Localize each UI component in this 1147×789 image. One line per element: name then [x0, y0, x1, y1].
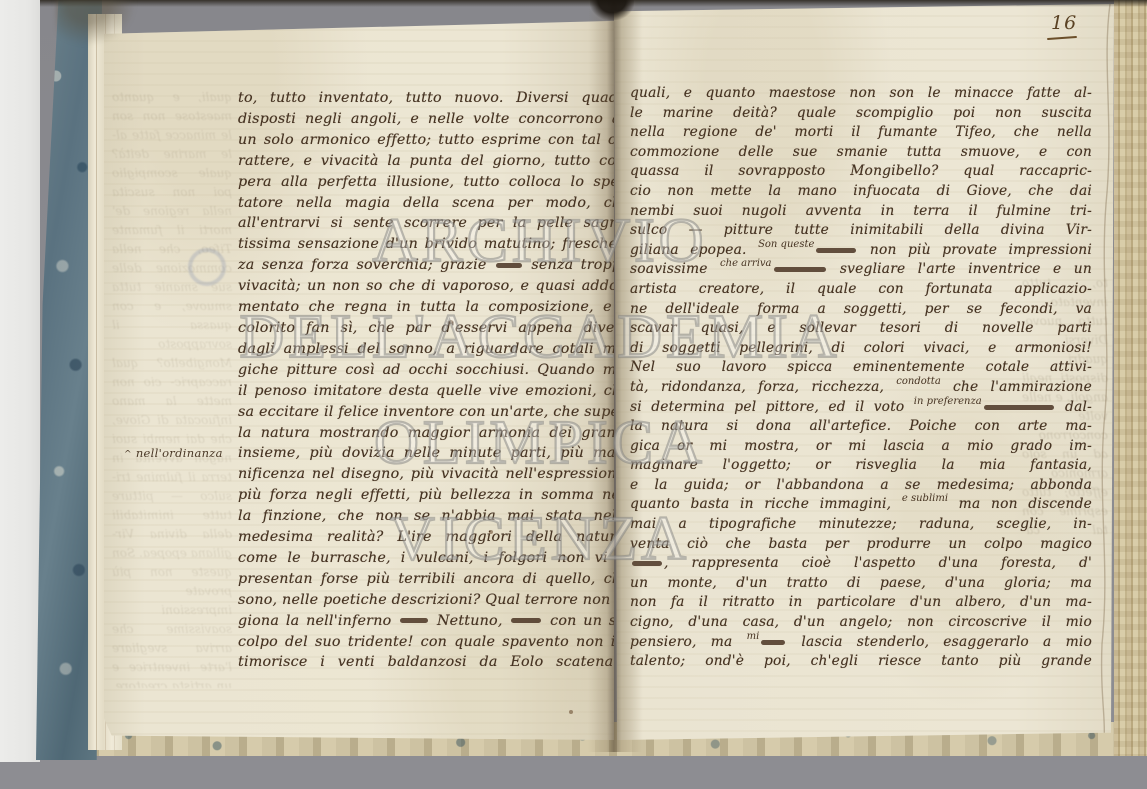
line-text: lascia stenderlo, esaggerarlo a mio: [787, 634, 1092, 650]
line-text: non fa il ritratto in particolare d'un a…: [630, 594, 1092, 610]
line-text: pensiero, ma: [630, 634, 747, 650]
line-text: venta ciò che basta per produrre un colp…: [630, 536, 1092, 552]
line-text: colpo del suo tridente! con quale spaven…: [238, 634, 630, 650]
line-text: che l'ammirazione: [941, 379, 1092, 395]
manuscript-line: presentan forse più terribili ancora di …: [238, 569, 630, 590]
manuscript-line: venta ciò che basta per produrre un colp…: [630, 535, 1092, 555]
ink-strikeout: [774, 267, 826, 272]
margin-note: ^nell'ordinanza: [124, 446, 223, 460]
manuscript-line: dagli amplessi del sonno, a riguardare c…: [238, 339, 630, 360]
manuscript-line: tatore nella magia della scena per modo,…: [238, 193, 630, 214]
line-text: tissima sensazione d'un brivido matutino…: [238, 236, 630, 252]
manuscript-line: nificenza nel disegno, più vivacità nell…: [238, 464, 630, 485]
manuscript-scan: quali, e quanto maestose non son le mina…: [0, 0, 1147, 789]
line-text: la finzione, che non se n'abbia mai stat…: [238, 508, 630, 524]
line-text: nificenza nel disegno, più vivacità nell…: [238, 466, 630, 482]
manuscript-line: artista creatore, il quale con fortunata…: [630, 280, 1092, 300]
manuscript-line: si determina pel pittore, ed il voto in …: [630, 398, 1092, 418]
show-through-text-left: quali, e quanto maestose non son le mina…: [112, 88, 232, 688]
line-text: Nel suo lavoro spicca eminentemente cota…: [630, 359, 1092, 375]
line-text: pera alla perfetta illusione, tutto coll…: [238, 174, 630, 190]
line-text: tà, ridondanza, forza, ricchezza,: [630, 379, 896, 395]
left-page-text: to, tutto inventato, tutto nuovo. Divers…: [238, 88, 630, 673]
manuscript-line: di soggetti pellegrini, di colori vivaci…: [630, 339, 1092, 359]
line-text: all'entrarvi si sente scorrere per la pe…: [238, 215, 630, 231]
left-page: quali, e quanto maestose non son le mina…: [104, 18, 614, 740]
line-text: quali, e quanto maestose non son le mina…: [630, 85, 1092, 101]
folio-page-number: 16: [1051, 12, 1077, 34]
ink-strikeout: [984, 405, 1054, 410]
line-text: come le burrasche, i vulcani, i folgori …: [238, 550, 630, 566]
page-number-underline: [1047, 36, 1077, 40]
line-text: timorisce i venti baldanzosi da Eolo sca…: [238, 654, 630, 670]
line-text: nella regione de' morti il fumante Tifeo…: [630, 124, 1092, 140]
line-text: il penoso imitatore desta quelle vive em…: [238, 383, 630, 399]
manuscript-line: timorisce i venti baldanzosi da Eolo sca…: [238, 652, 630, 673]
manuscript-line: mai a tipografiche minutezze; raduna, sc…: [630, 515, 1092, 535]
manuscript-line: cio non mette la mano infuocata di Giove…: [630, 182, 1092, 202]
manuscript-line: commozione delle sue smanie tutta smuove…: [630, 143, 1092, 163]
line-text: artista creatore, il quale con fortunata…: [630, 281, 1092, 297]
manuscript-line: soavissime che arriva svegliare l'arte i…: [630, 260, 1092, 280]
line-text: mai a tipografiche minutezze; raduna, sc…: [630, 516, 1092, 532]
fox-spots: [449, 320, 453, 324]
line-text: medesima realità? L'ire maggiori della n…: [238, 529, 630, 545]
line-text: quassa il sovrapposto Mongibello? qual r…: [630, 163, 1092, 179]
manuscript-line: sa eccitare il felice inventore con un'a…: [238, 402, 630, 423]
line-text: ne dell'ideale forma a soggetti, per se …: [630, 301, 1092, 317]
line-text: giche pitture così ad occhi socchiusi. Q…: [238, 362, 630, 378]
manuscript-line: maginare l'oggetto; or risveglia la mia …: [630, 456, 1092, 476]
line-text: to, tutto inventato, tutto nuovo. Divers…: [238, 90, 630, 106]
line-text: mentato che regna in tutta la composizio…: [238, 299, 630, 315]
gutter-head-notch: [590, 0, 634, 20]
manuscript-line: la natura si dona all'artefice. Poiche c…: [630, 417, 1092, 437]
cover-corner-smudge: [56, 0, 136, 46]
line-text: vivacità; un non so che di vaporoso, e q…: [238, 278, 630, 294]
line-text: commozione delle sue smanie tutta smuove…: [630, 144, 1092, 160]
manuscript-line: la finzione, che non se n'abbia mai stat…: [238, 506, 630, 527]
line-text: colorito fan sì, che par d'esservi appen…: [238, 320, 630, 336]
line-text: tatore nella magia della scena per modo,…: [238, 195, 630, 211]
line-text: dagli amplessi del sonno, a riguardare c…: [238, 341, 630, 357]
manuscript-line: nembi suoi nugoli avventa in terra il fu…: [630, 202, 1092, 222]
line-text: sa eccitare il felice inventore con un'a…: [238, 404, 635, 420]
line-text: si determina pel pittore, ed il voto: [630, 399, 914, 415]
manuscript-line: insieme, più dovizia nelle minute parti,…: [238, 443, 630, 464]
manuscript-line: colorito fan sì, che par d'esservi appen…: [238, 318, 630, 339]
line-text: cio non mette la mano infuocata di Giove…: [630, 183, 1092, 199]
manuscript-line: talento; ond'è poi, ch'egli riesce tanto…: [630, 652, 1092, 672]
manuscript-line: quali, e quanto maestose non son le mina…: [630, 84, 1092, 104]
line-text: scavar quasi, e sollevar tesori di novel…: [630, 320, 1092, 336]
line-text: giliana epopea.: [630, 242, 758, 258]
line-text: quanto basta in ricche immagini,: [630, 496, 902, 512]
manuscript-line: come le burrasche, i vulcani, i folgori …: [238, 548, 630, 569]
ink-strikeout: [400, 618, 428, 623]
manuscript-line: le marine deità? quale scompiglio poi no…: [630, 104, 1092, 124]
manuscript-line: vivacità; un non so che di vaporoso, e q…: [238, 276, 630, 297]
manuscript-line: più forza negli effetti, più bellezza in…: [238, 485, 630, 506]
line-text: , rappresenta cioè l'aspetto d'una fores…: [664, 555, 1092, 571]
manuscript-line: scavar quasi, e sollevar tesori di novel…: [630, 319, 1092, 339]
line-text: insieme, più dovizia nelle minute parti,…: [238, 445, 630, 461]
ink-strikeout: [816, 248, 856, 253]
manuscript-line: za senza forza soverchia; grazie senza t…: [238, 255, 630, 276]
line-text: Nettuno,: [430, 613, 509, 629]
line-text: la natura mostrando maggior armonia dei …: [238, 425, 630, 441]
line-text: sono, nelle poetiche descrizioni? Qual t…: [238, 592, 637, 608]
line-text: le marine deità? quale scompiglio poi no…: [630, 105, 1092, 121]
line-text: talento; ond'è poi, ch'egli riesce tanto…: [630, 653, 1092, 669]
manuscript-line: rattere, e vivacità la punta del giorno,…: [238, 151, 630, 172]
line-text: rattere, e vivacità la punta del giorno,…: [238, 153, 630, 169]
line-text: soavissime: [630, 261, 720, 277]
line-text: cigno, d'una casa, d'un angelo; non circ…: [630, 614, 1092, 630]
embossed-stamp-ring: [188, 248, 226, 286]
manuscript-line: nella regione de' morti il fumante Tifeo…: [630, 123, 1092, 143]
ink-strikeout: [496, 263, 522, 268]
line-text: za senza forza soverchia; grazie: [238, 257, 494, 273]
line-text: di soggetti pellegrini, di colori vivaci…: [630, 340, 1092, 356]
line-text: un monte, d'un tratto di paese, d'una gl…: [630, 575, 1092, 591]
line-text: più forza negli effetti, più bellezza in…: [238, 487, 630, 503]
line-text: disposti negli angoli, e nelle volte con…: [238, 111, 630, 127]
line-text: sulco — pitture tutte inimitabili della …: [630, 222, 1092, 238]
line-text: un solo armonico effetto; tutto esprime …: [238, 132, 630, 148]
manuscript-line: gica or mi mostra, or mi lascia a mio gr…: [630, 437, 1092, 457]
right-page-text: quali, e quanto maestose non son le mina…: [630, 84, 1092, 672]
right-page: to, tutto inventato, tutto nuovo. Divers…: [614, 4, 1114, 740]
manuscript-line: ne dell'ideale forma a soggetti, per se …: [630, 300, 1092, 320]
line-text: gica or mi mostra, or mi lascia a mio gr…: [630, 438, 1092, 454]
manuscript-line: un solo armonico effetto; tutto esprime …: [238, 130, 630, 151]
manuscript-line: tà, ridondanza, forza, ricchezza, condot…: [630, 378, 1092, 398]
line-text: dal-: [1056, 399, 1092, 415]
manuscript-line: colpo del suo tridente! con quale spaven…: [238, 632, 630, 653]
manuscript-line: e la guida; or l'abbandona a se medesima…: [630, 476, 1092, 496]
fore-edge-stack: [1114, 0, 1147, 756]
manuscript-line: giona la nell'inferno Nettuno, con un so…: [238, 611, 630, 632]
line-text: e la guida; or l'abbandona a se medesima…: [630, 477, 1092, 493]
line-text: maginare l'oggetto; or risveglia la mia …: [630, 457, 1092, 473]
manuscript-line: pera alla perfetta illusione, tutto coll…: [238, 172, 630, 193]
manuscript-line: giche pitture così ad occhi socchiusi. Q…: [238, 360, 630, 381]
ink-strikeout: [761, 640, 785, 645]
manuscript-line: disposti negli angoli, e nelle volte con…: [238, 109, 630, 130]
line-text: non più provate impressioni: [858, 242, 1092, 258]
line-text: la natura si dona all'artefice. Poiche c…: [630, 418, 1092, 434]
ink-strikeout: [511, 618, 541, 623]
manuscript-line: Nel suo lavoro spicca eminentemente cota…: [630, 358, 1092, 378]
manuscript-line: sono, nelle poetiche descrizioni? Qual t…: [238, 590, 630, 611]
manuscript-line: cigno, d'una casa, d'un angelo; non circ…: [630, 613, 1092, 633]
line-text: nembi suoi nugoli avventa in terra il fu…: [630, 203, 1092, 219]
insertion-caret: ^: [124, 450, 132, 460]
manuscript-line: , rappresenta cioè l'aspetto d'una fores…: [630, 554, 1092, 574]
manuscript-line: la natura mostrando maggior armonia dei …: [238, 423, 630, 444]
manuscript-line: giliana epopea. Son queste non più prova…: [630, 241, 1092, 261]
manuscript-line: mentato che regna in tutta la composizio…: [238, 297, 630, 318]
manuscript-line: to, tutto inventato, tutto nuovo. Divers…: [238, 88, 630, 109]
manuscript-line: quanto basta in ricche immagini, e subli…: [630, 495, 1092, 515]
manuscript-line: pensiero, ma mi lascia stenderlo, esagge…: [630, 633, 1092, 653]
gutter-shadow: [588, 0, 642, 752]
margin-note-text: nell'ordinanza: [136, 446, 223, 460]
page-edge-crease: [96, 14, 97, 750]
line-text: giona la nell'inferno: [238, 613, 398, 629]
line-text: svegliare l'arte inventrice e un: [828, 261, 1092, 277]
manuscript-line: quassa il sovrapposto Mongibello? qual r…: [630, 162, 1092, 182]
manuscript-line: non fa il ritratto in particolare d'un a…: [630, 593, 1092, 613]
manuscript-line: medesima realità? L'ire maggiori della n…: [238, 527, 630, 548]
manuscript-line: un monte, d'un tratto di paese, d'una gl…: [630, 574, 1092, 594]
manuscript-line: sulco — pitture tutte inimitabili della …: [630, 221, 1092, 241]
line-text: presentan forse più terribili ancora di …: [238, 571, 630, 587]
line-text: ma non discende: [948, 496, 1092, 512]
scanner-bed-strip: [0, 0, 40, 762]
manuscript-line: all'entrarvi si sente scorrere per la pe…: [238, 213, 630, 234]
manuscript-line: il penoso imitatore desta quelle vive em…: [238, 381, 630, 402]
manuscript-line: tissima sensazione d'un brivido matutino…: [238, 234, 630, 255]
